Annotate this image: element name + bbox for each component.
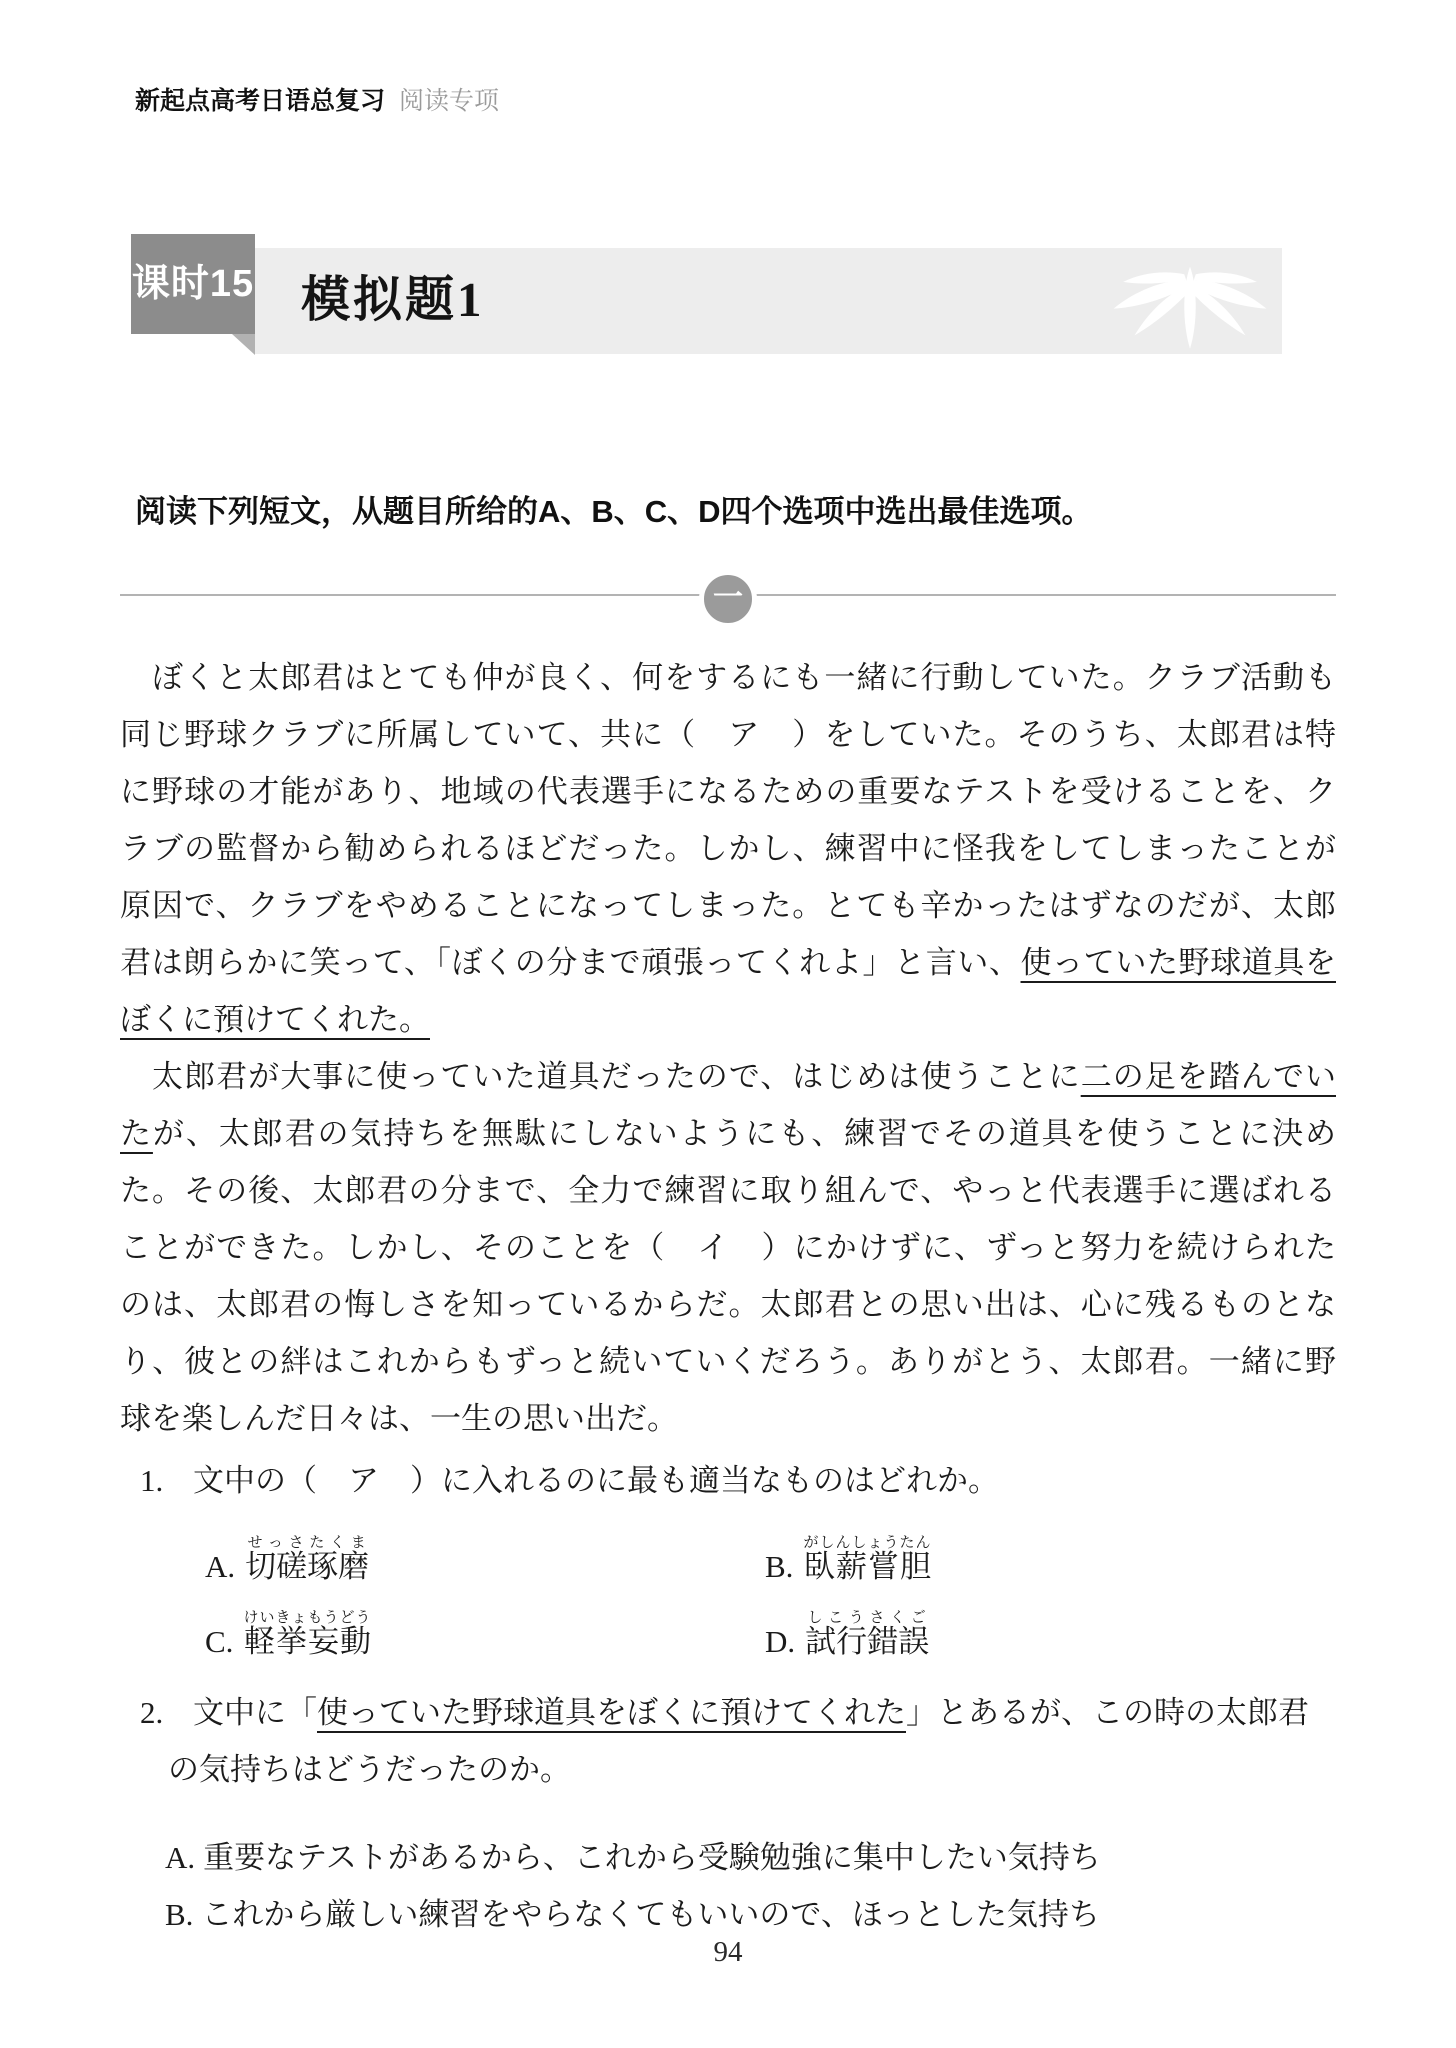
question-2-line2: の気持ちはどうだったのか。 [120, 1741, 1336, 1798]
option-word-with-furigana: 臥薪嘗胆がしんしょうたん [803, 1535, 931, 1582]
option-c: C.軽挙妄動けいきょもうどう [205, 1586, 765, 1657]
text-segment: に野球の才能があり、地域の代表選手になるための重要なテストを受けることを、ク [120, 774, 1336, 809]
exercise-instruction: 阅读下列短文，从题目所给的A、B、C、D四个选项中选出最佳选项。 [135, 492, 1341, 532]
passage-p2-line6: り、彼との絆はこれからもずっと続いていくだろう。ありがとう、太郎君。一緒に野 [120, 1333, 1336, 1390]
book-title: 新起点高考日语总复习 [135, 87, 385, 115]
passage-p2-line3: た。その後、太郎君の分まで、全力で練習に取り組んで、やっと代表選手に選ばれる [120, 1162, 1336, 1219]
option-label: B. [765, 1551, 793, 1582]
lesson-badge: 课时15 [131, 234, 255, 334]
page-number: 94 [0, 1936, 1456, 1969]
text-segment: 文中の（ ア ）に入れるのに最も適当なものはどれか。 [193, 1463, 999, 1498]
lesson-banner: 课时15 模拟题1 [131, 234, 1282, 359]
text-segment: 君は朗らかに笑って、「ぼくの分まで頑張ってくれよ」と言い、 [120, 945, 1021, 980]
question-2: 2.文中に「使っていた野球道具をぼくに預けてくれた」とあるが、この時の太郎君の気… [120, 1684, 1336, 1943]
text-segment: ラブの監督から勧められるほどだった。しかし、練習中に怪我をしてしまったことが [120, 831, 1336, 866]
textbook-page: 新起点高考日语总复习阅读专项 课时15 模拟题1 阅读下列短文，从题目所给的A、… [0, 0, 1456, 2048]
question-2-options: A.重要なテストがあるから、これから受験勉強に集中したい気持ちB.これから厳しい… [120, 1829, 1336, 1943]
passage-p1-line3: に野球の才能があり、地域の代表選手になるための重要なテストを受けることを、ク [120, 763, 1336, 820]
option-word: 切磋琢磨 [245, 1549, 369, 1584]
passage-p1-line6: 君は朗らかに笑って、「ぼくの分まで頑張ってくれよ」と言い、使っていた野球道具を [120, 934, 1336, 991]
text-segment: り、彼との絆はこれからもずっと続いていくだろう。ありがとう、太郎君。一緒に野 [120, 1344, 1336, 1379]
option-word: 臥薪嘗胆 [803, 1549, 931, 1584]
text-segment: ぼくと太郎君はとても仲が良く、何をするにも一緒に行動していた。クラブ活動も [120, 660, 1336, 695]
questions: 1.文中の（ ア ）に入れるのに最も適当なものはどれか。A.切磋琢磨せっさたくま… [120, 1452, 1336, 1943]
question-1-line1: 1.文中の（ ア ）に入れるのに最も適当なものはどれか。 [120, 1452, 1336, 1509]
option-word-with-furigana: 軽挙妄動けいきょもうどう [243, 1610, 371, 1657]
option-label: B. [165, 1897, 193, 1932]
option-label: A. [205, 1551, 235, 1582]
section-divider: 一 [120, 570, 1336, 620]
passage-p1-line1: ぼくと太郎君はとても仲が良く、何をするにも一緒に行動していた。クラブ活動も [120, 649, 1336, 706]
passage-p2-line4: ことができた。しかし、そのことを（ イ ）にかけずに、ずっと努力を続けられた [120, 1219, 1336, 1276]
option-a: A.重要なテストがあるから、これから受験勉強に集中したい気持ち [165, 1829, 1336, 1886]
passage-p2-line2: たが、太郎君の気持ちを無駄にしないようにも、練習でその道具を使うことに決め [120, 1105, 1336, 1162]
option-word-with-furigana: 切磋琢磨せっさたくま [245, 1535, 369, 1582]
passage-p1-line2: 同じ野球クラブに所属していて、共に（ ア ）をしていた。そのうち、太郎君は特 [120, 706, 1336, 763]
text-segment: が、太郎君の気持ちを無駄にしないようにも、練習でその道具を使うことに決め [153, 1116, 1336, 1151]
option-label: A. [165, 1840, 195, 1875]
option-label: C. [205, 1626, 233, 1657]
running-header: 新起点高考日语总复习阅读专项 [135, 86, 499, 116]
option-word: 試行錯誤 [805, 1624, 929, 1659]
text-segment: 太郎君が大事に使っていた道具だったので、はじめは使うことに [120, 1059, 1081, 1094]
underlined-phrase: 二の足を踏んでい [1081, 1059, 1336, 1094]
passage-p2-line1: 太郎君が大事に使っていた道具だったので、はじめは使うことに二の足を踏んでい [120, 1048, 1336, 1105]
option-label: D. [765, 1626, 795, 1657]
passage-p1-line5: 原因で、クラブをやめることになってしまった。とても辛かったはずなのだが、太郎 [120, 877, 1336, 934]
passage-p2-line5: のは、太郎君の悔しさを知っているからだ。太郎君との思い出は、心に残るものとな [120, 1276, 1336, 1333]
text-segment: の気持ちはどうだったのか。 [168, 1752, 571, 1787]
passage: ぼくと太郎君はとても仲が良く、何をするにも一緒に行動していた。クラブ活動も同じ野… [120, 649, 1336, 1447]
text-segment: のは、太郎君の悔しさを知っているからだ。太郎君との思い出は、心に残るものとな [120, 1287, 1336, 1322]
underlined-phrase: ぼくに預けてくれた。 [120, 1002, 430, 1037]
question-number: 1. [140, 1452, 193, 1509]
option-a: A.切磋琢磨せっさたくま [205, 1511, 765, 1582]
question-1-options: A.切磋琢磨せっさたくまB.臥薪嘗胆がしんしょうたんC.軽挙妄動けいきょもうどう… [120, 1511, 1336, 1657]
option-b: B.臥薪嘗胆がしんしょうたん [765, 1511, 1336, 1582]
text-segment: 文中に「 [193, 1695, 317, 1730]
text-segment: 同じ野球クラブに所属していて、共に（ ア ）をしていた。そのうち、太郎君は特 [120, 717, 1336, 752]
text-segment: 球を楽しんだ日々は、一生の思い出だ。 [120, 1401, 678, 1436]
option-text: これから厳しい練習をやらなくてもいいので、ほっとした気持ち [201, 1897, 1099, 1932]
passage-p2-line7: 球を楽しんだ日々は、一生の思い出だ。 [120, 1390, 1336, 1447]
section-subtitle: 阅读专项 [399, 87, 499, 115]
question-1: 1.文中の（ ア ）に入れるのに最も適当なものはどれか。A.切磋琢磨せっさたくま… [120, 1452, 1336, 1657]
question-number: 2. [140, 1684, 193, 1741]
option-d: D.試行錯誤しこうさくご [765, 1586, 1336, 1657]
text-segment: ことができた。しかし、そのことを（ イ ）にかけずに、ずっと努力を続けられた [120, 1230, 1336, 1265]
option-text: 重要なテストがあるから、これから受験勉強に集中したい気持ち [203, 1840, 1101, 1875]
passage-p1-line7: ぼくに預けてくれた。 [120, 991, 1336, 1048]
section-one-badge: 一 [699, 570, 757, 628]
bamboo-leaves-icon [1104, 251, 1276, 351]
text-segment: た。その後、太郎君の分まで、全力で練習に取り組んで、やっと代表選手に選ばれる [120, 1173, 1336, 1208]
option-word-with-furigana: 試行錯誤しこうさくご [805, 1610, 929, 1657]
underlined-phrase: 使っていた野球道具を [1021, 945, 1336, 980]
text-segment: 原因で、クラブをやめることになってしまった。とても辛かったはずなのだが、太郎 [120, 888, 1336, 923]
question-2-line1: 2.文中に「使っていた野球道具をぼくに預けてくれた」とあるが、この時の太郎君 [120, 1684, 1336, 1741]
lesson-box-tail [232, 334, 255, 355]
option-b: B.これから厳しい練習をやらなくてもいいので、ほっとした気持ち [165, 1886, 1336, 1943]
underlined-phrase: 使っていた野球道具をぼくに預けてくれた [317, 1695, 906, 1730]
passage-p1-line4: ラブの監督から勧められるほどだった。しかし、練習中に怪我をしてしまったことが [120, 820, 1336, 877]
option-word: 軽挙妄動 [243, 1624, 371, 1659]
text-segment: 」とあるが、この時の太郎君 [906, 1695, 1309, 1730]
underlined-phrase: た [120, 1116, 153, 1151]
page-title: 模拟题1 [301, 248, 485, 354]
